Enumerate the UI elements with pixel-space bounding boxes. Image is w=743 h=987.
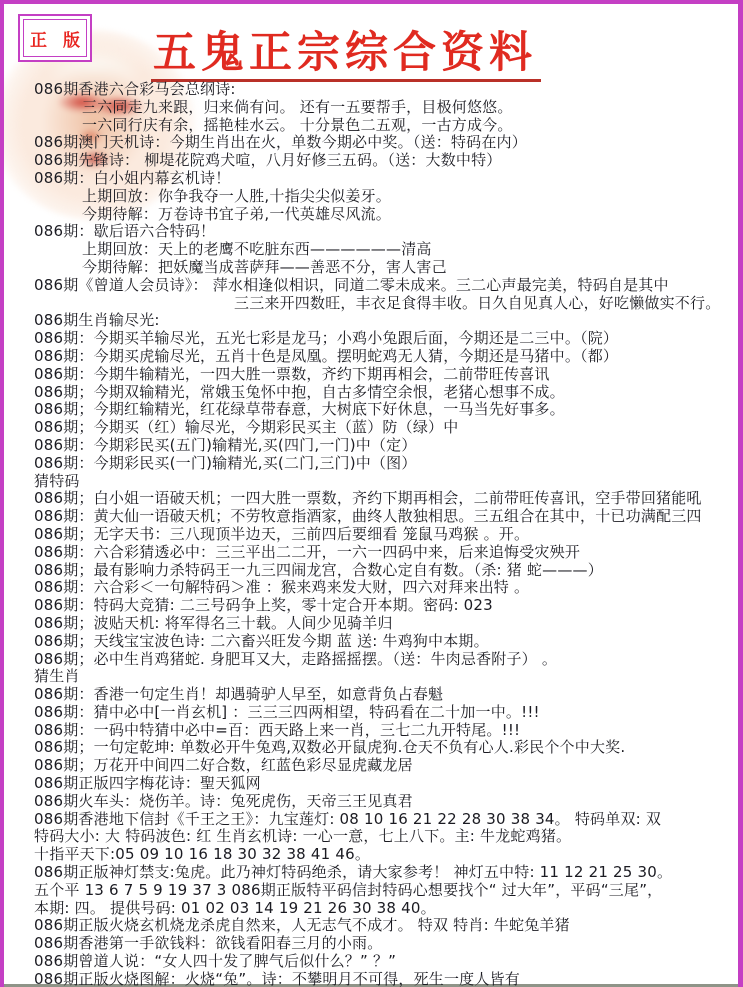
text-line: 086期香港六合彩马会总纲诗: [34, 81, 732, 99]
badge-label: 正 版 [25, 26, 85, 51]
text-line: 本期: 四。 提供号码: 01 02 03 14 19 21 26 30 38 … [34, 900, 732, 918]
text-line: 086期：白小姐内幕玄机诗！ [34, 170, 732, 188]
text-line: 086期正版神灯禁支:兔虎。此乃神灯特码绝杀，请大家参考！ 神灯五中特: 11 … [34, 864, 732, 882]
text-line: 086期正版火烧图解：火烧“兔”。诗：不攀明月不可得，死生一度人皆有 [34, 971, 732, 987]
tip-sheet-page: 正 版 五鬼正宗综合资料 086期香港六合彩马会总纲诗:三六同走九来跟，归来倘有… [0, 0, 743, 987]
text-line: 086期香港地下信封《千王之王》：九宝莲灯: 08 10 16 21 22 28… [34, 811, 732, 829]
text-line: 086期：六合彩＜一句解特码＞准 ：猴来鸡来发大财，四六对拜来出特 。 [34, 579, 732, 597]
text-line: 086期：今期牛输精光，一四大胜一票数，齐约下期再相会，二前带旺传喜讯 [34, 366, 732, 384]
prediction-lines: 086期香港六合彩马会总纲诗:三六同走九来跟，归来倘有问。 还有一五要帮手，目极… [34, 81, 732, 987]
text-line: 086期；今期买（红）输尽光，今期彩民买主（蓝）防（绿）中 [34, 419, 732, 437]
text-line: 086期：一码中特猜中必中=百：西天路上来一肖，三七二九开特尾。!!! [34, 722, 732, 740]
text-line: 猜特码 [34, 473, 732, 491]
page-title: 五鬼正宗综合资料 [151, 30, 541, 82]
authenticity-badge: 正 版 [18, 14, 92, 62]
text-line: 086期：今期彩民买(五门)输精光,买(四门,一门)中（定） [34, 437, 732, 455]
text-line: 086期：歇后语六合特码！ [34, 223, 732, 241]
text-line: 三六同走九来跟，归来倘有问。 还有一五要帮手，目极何悠悠。 [82, 99, 732, 117]
text-line: 086期：今期彩民买(一门)输精光,买(二门,三门)中（图） [34, 455, 732, 473]
text-line: 086期澳门天机诗：今期生肖出在火，单数今期必中奖。（送：特码在内） [34, 134, 732, 152]
text-line: 十指平天下:05 09 10 16 18 30 32 38 41 46。 [34, 846, 732, 864]
text-line: 086期生肖输尽光: [34, 312, 732, 330]
text-line: 086期：香港一句定生肖！却遇骑驴人早至，如意背负占春魁 [34, 686, 732, 704]
text-line: 086期；白小姐一语破天机；一四大胜一票数，齐约下期再相会，二前带旺传喜讯，空手… [34, 490, 732, 508]
text-line: 上期回放：你争我夺一人胜,十指尖尖似姜牙。 [82, 188, 732, 206]
text-line: 086期；今期双输精光，常娥玉兔怀中抱，自古多情空余恨，老猪心想事不成。 [34, 384, 732, 402]
text-line: 今期待解：把妖魔当成菩萨拜——善恶不分，害人害己 [82, 259, 732, 277]
text-line: 086期；今期红输精光，红花绿草带春意，大树底下好休息，一马当先好事多。 [34, 401, 732, 419]
text-line: 086期先锋诗： 柳堤花院鸡犬喧，八月好修三五码。（送：大数中特） [34, 152, 732, 170]
text-line: 086期火车头：烧伤羊。诗：兔死虎伤，天帝三王见真君 [34, 793, 732, 811]
text-line: 五个平 13 6 7 5 9 19 37 3 086期正版特平码信封特码心想要找… [34, 882, 732, 900]
text-line: 猜生肖 [34, 668, 732, 686]
text-line: 一六同行庆有余，摇艳桂水云。 十分景色二五观，一古方成今。 [82, 117, 732, 135]
text-line: 086期《曾道人会员诗》： 萍水相逢似相识，同道二零未成来。三二心声最完美，特码… [34, 277, 732, 295]
text-line: 086期：今期买羊输尽光，五光七彩是龙马；小鸡小兔跟后面，今期还是二三中。（院） [34, 330, 732, 348]
text-line: 086期；无字天书：三八现顶半边天，三前四后要细看 笼鼠马鸡猴 。开。 [34, 526, 732, 544]
text-line: 086期：特码大竞猜: 二三号码争上奖，零十定合开本期。密码: 023 [34, 597, 732, 615]
text-line: 086期；必中生肖鸡猪蛇. 身肥耳又大，走路摇摇摆。（送：牛肉忌香附子） 。 [34, 651, 732, 669]
text-line: 三三来开四数旺，丰衣足食得丰收。日久自见真人心，好吃懒做实不行。 [234, 295, 732, 313]
text-line: 086期：猜中必中[一肖玄机] ：三三三四两相望，特码看在二十加一中。!!! [34, 704, 732, 722]
text-line: 086期；万花开中间四二好合数，红蓝色彩尽显虎藏龙居 [34, 757, 732, 775]
text-line: 086期正版四字梅花诗：聖天狐网 [34, 775, 732, 793]
text-line: 086期曾道人说：“女人四十发了脾气后似什么？” ？” [34, 953, 732, 971]
text-line: 086期；天线宝宝波色诗: 二六畜兴旺发今期 蓝 送: 牛鸡狗中本期。 [34, 633, 732, 651]
text-line: 086期；最有影响力杀特码王一九三四闹龙宫，合数心定自有数。（杀: 猪 蛇———… [34, 562, 732, 580]
text-line: 086期：黄大仙一语破天机；不劳牧意指酒家，曲终人散独相思。三五组合在其中，十已… [34, 508, 732, 526]
text-line: 086期正版火烧玄机烧龙杀虎自然来，人无志气不成才。 特双 特肖: 牛蛇兔羊猪 [34, 917, 732, 935]
text-line: 086期：六合彩猜透必中：三三平出二二开，一六一四码中来，后来追悔受灾殃开 [34, 544, 732, 562]
text-line: 上期回放：天上的老鹰不吃脏东西——————清高 [82, 241, 732, 259]
text-line: 086期香港第一手欲钱料：欲钱看阳春三月的小雨。 [34, 935, 732, 953]
text-line: 086期：今期买虎输尽光，五肖十色是凤凰。摆明蛇鸡无人猜，今期还是马猪中。（都） [34, 348, 732, 366]
text-line: 今期待解：万卷诗书宜子弟,一代英雄尽风流。 [82, 206, 732, 224]
text-line: 086期；波贴天机: 将军得名三十载。人间少见骑羊归 [34, 615, 732, 633]
text-line: 特码大小: 大 特码波色: 红 生肖玄机诗: 一心一意，七上八下。主: 牛龙蛇鸡… [34, 828, 732, 846]
text-line: 086期；一句定乾坤: 单数必开牛兔鸡,双数必开鼠虎狗.仓天不负有心人.彩民个个… [34, 739, 732, 757]
